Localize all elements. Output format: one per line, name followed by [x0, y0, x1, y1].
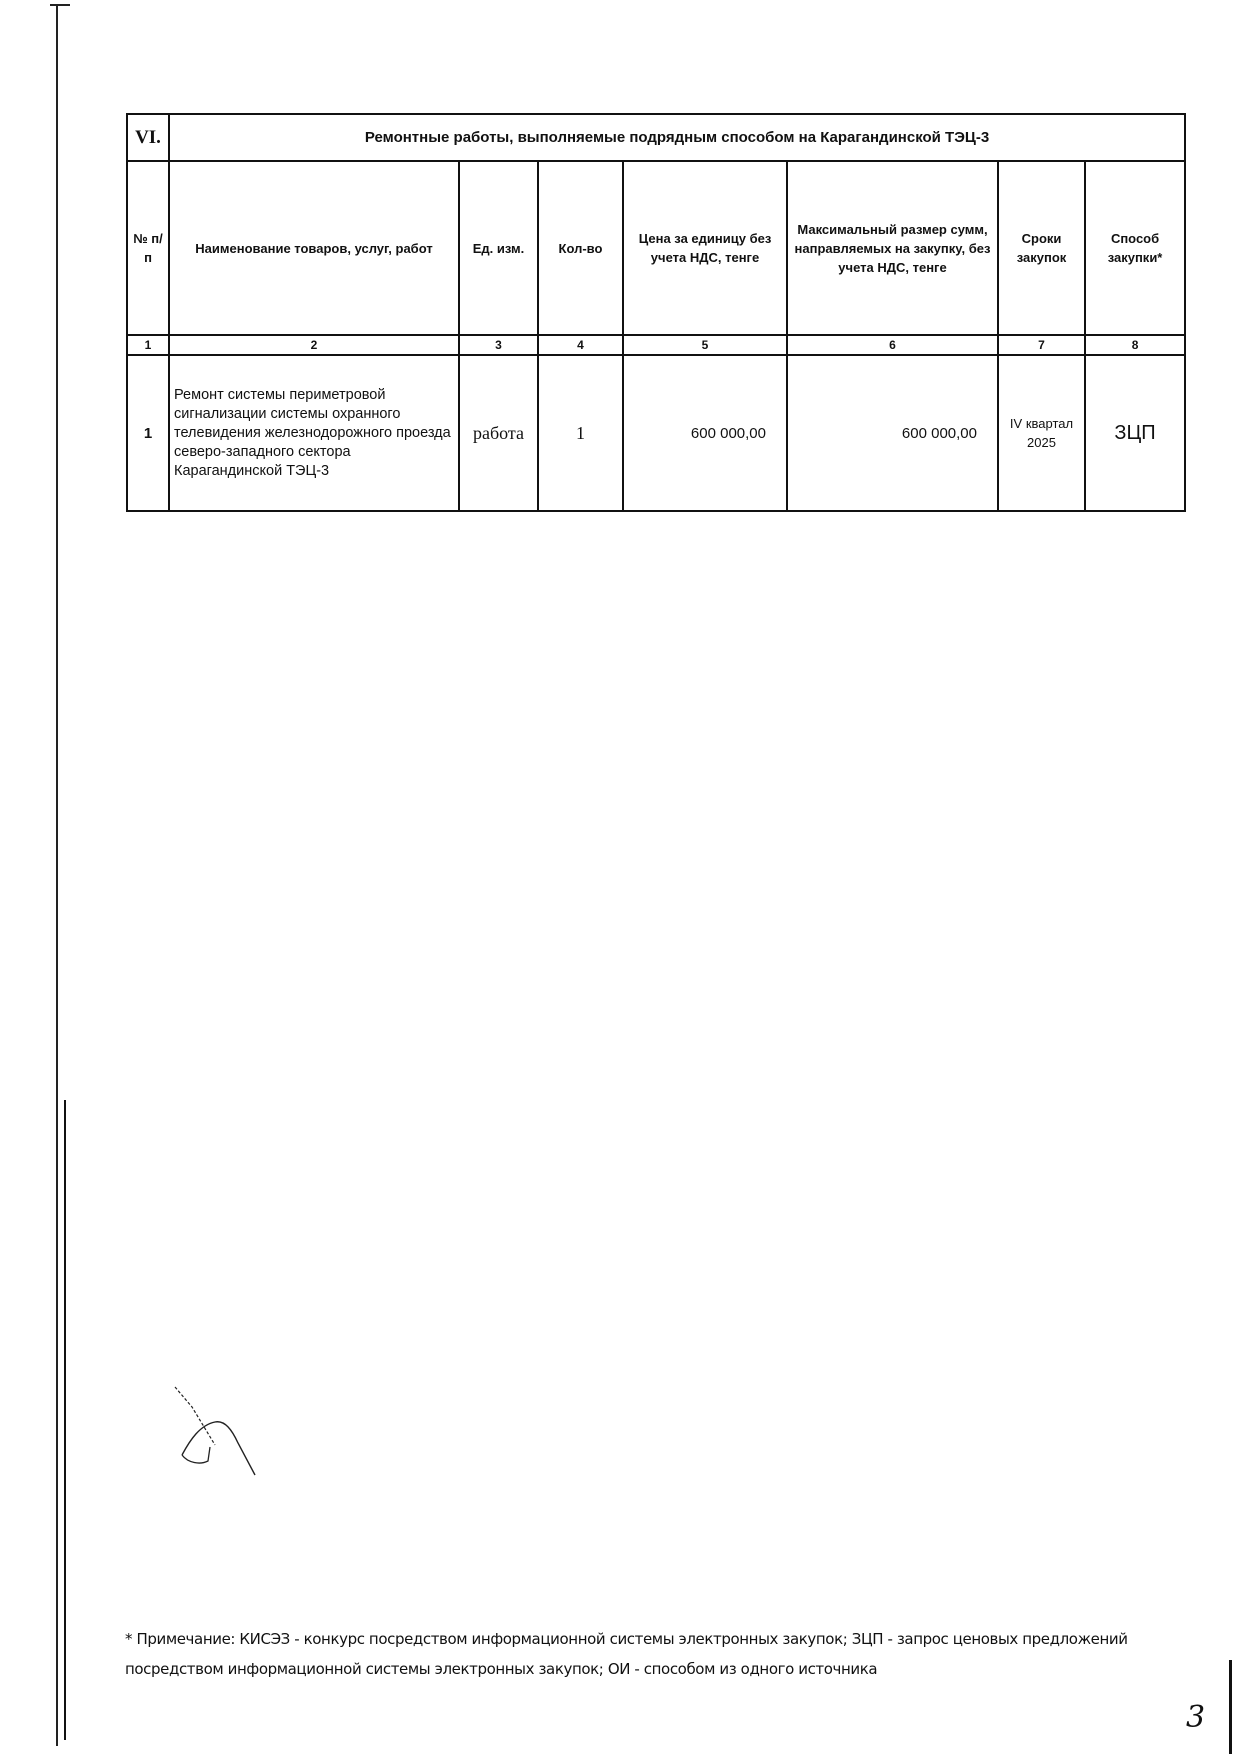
column-number: 1: [127, 335, 169, 355]
header-num: № п/п: [127, 161, 169, 335]
header-qty: Кол-во: [538, 161, 623, 335]
row-method: ЗЦП: [1085, 355, 1185, 511]
section-title-row: VI. Ремонтные работы, выполняемые подряд…: [127, 114, 1185, 161]
row-unit: работа: [459, 355, 538, 511]
header-unit: Ед. изм.: [459, 161, 538, 335]
column-numbers-row: 1 2 3 4 5 6 7 8: [127, 335, 1185, 355]
row-qty: 1: [538, 355, 623, 511]
column-number: 3: [459, 335, 538, 355]
header-period: Сроки закупок: [998, 161, 1085, 335]
column-number: 4: [538, 335, 623, 355]
footnote: * Примечание: КИСЭЗ - конкурс посредство…: [125, 1624, 1135, 1684]
page-number: 3: [1186, 1700, 1205, 1735]
header-method: Способ закупки*: [1085, 161, 1185, 335]
header-max-amount: Максимальный размер сумм, направляемых н…: [787, 161, 998, 335]
header-name: Наименование товаров, услуг, работ: [169, 161, 459, 335]
section-title: Ремонтные работы, выполняемые подрядным …: [169, 114, 1185, 161]
table-row: 1 Ремонт системы периметровой сигнализац…: [127, 355, 1185, 511]
row-number: 1: [127, 355, 169, 511]
page-right-border: [1229, 1660, 1232, 1754]
column-number: 5: [623, 335, 787, 355]
column-number: 7: [998, 335, 1085, 355]
procurement-table: VI. Ремонтные работы, выполняемые подряд…: [126, 113, 1186, 512]
page-left-border: [56, 6, 58, 1746]
page-left-border-secondary: [64, 1100, 66, 1740]
header-unit-price: Цена за единицу без учета НДС, тенге: [623, 161, 787, 335]
column-number: 8: [1085, 335, 1185, 355]
row-period: IV квартал 2025: [998, 355, 1085, 511]
page-corner-mark: [50, 4, 70, 6]
row-name: Ремонт системы периметровой сигнализации…: [169, 355, 459, 511]
column-number: 2: [169, 335, 459, 355]
column-number: 6: [787, 335, 998, 355]
table-header-row: № п/п Наименование товаров, услуг, работ…: [127, 161, 1185, 335]
section-number: VI.: [127, 114, 169, 161]
row-unit-price: 600 000,00: [623, 355, 787, 511]
row-max-amount: 600 000,00: [787, 355, 998, 511]
signature-icon: [170, 1385, 270, 1485]
